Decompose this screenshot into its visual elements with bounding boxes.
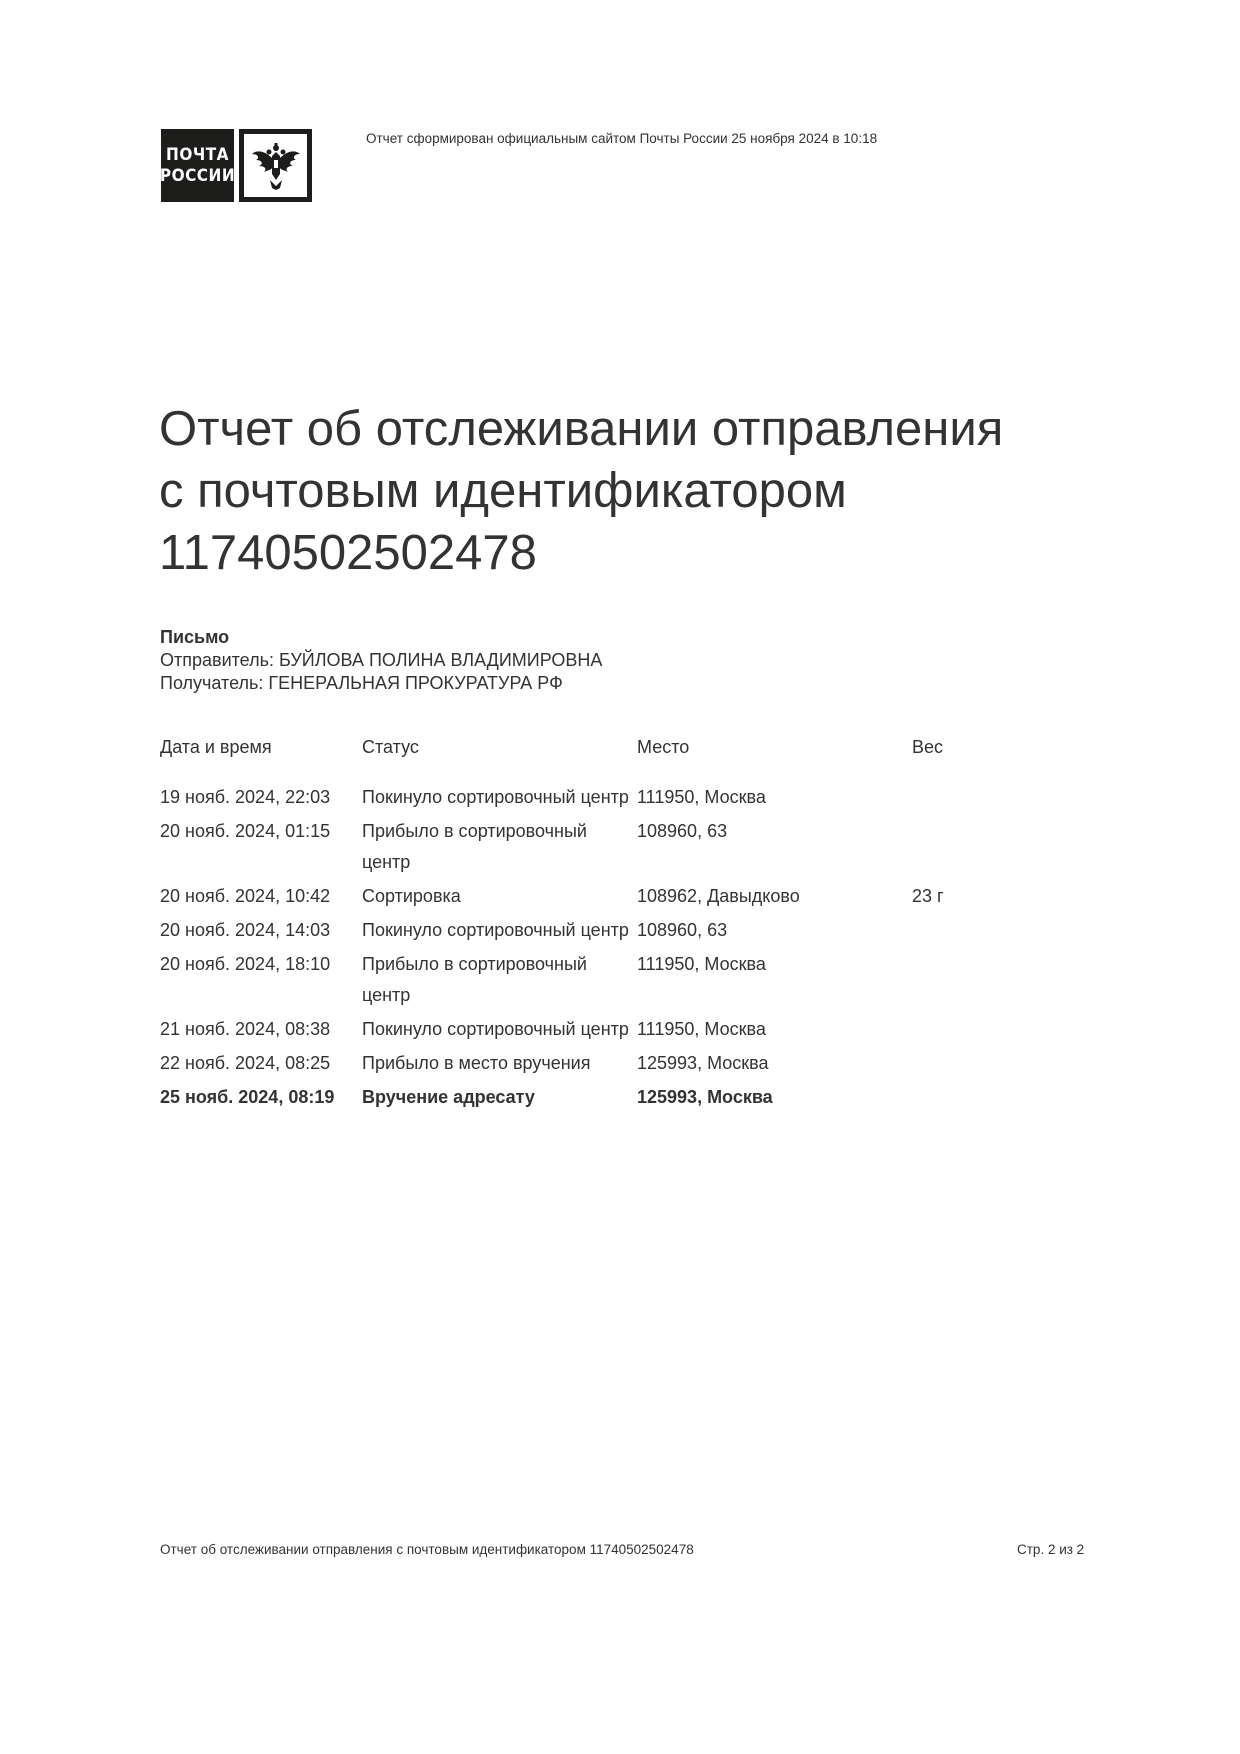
table-row: 22 нояб. 2024, 08:25Прибыло в место вруч… xyxy=(160,1048,992,1082)
table-row: 20 нояб. 2024, 01:15Прибыло в сортировоч… xyxy=(160,816,992,881)
page-number: Стр. 2 из 2 xyxy=(1017,1542,1084,1557)
table-row: 21 нояб. 2024, 08:38Покинуло сортировочн… xyxy=(160,1014,992,1048)
logo-wordmark: ПОЧТА РОССИИ xyxy=(161,129,234,202)
cell-place: 108960, 63 xyxy=(637,915,912,949)
table-row: 20 нояб. 2024, 10:42Сортировка108962, Да… xyxy=(160,881,992,915)
cell-date: 19 нояб. 2024, 22:03 xyxy=(160,782,362,816)
cell-date: 20 нояб. 2024, 18:10 xyxy=(160,949,362,1014)
table-header-row: Дата и время Статус Место Вес xyxy=(160,737,992,782)
title-line-2: с почтовым идентификатором xyxy=(159,460,1159,522)
cell-date: 20 нояб. 2024, 01:15 xyxy=(160,816,362,881)
column-header-date: Дата и время xyxy=(160,737,362,782)
cell-place: 111950, Москва xyxy=(637,782,912,816)
table-row: 20 нояб. 2024, 14:03Покинуло сортировочн… xyxy=(160,915,992,949)
logo-word-line1: ПОЧТА xyxy=(166,145,229,166)
cell-status: Покинуло сортировочный центр xyxy=(362,1014,637,1048)
recipient: Получатель: ГЕНЕРАЛЬНАЯ ПРОКУРАТУРА РФ xyxy=(160,672,602,695)
footer-document-title: Отчет об отслеживании отправления с почт… xyxy=(160,1542,694,1557)
column-header-weight: Вес xyxy=(912,737,992,782)
cell-date: 21 нояб. 2024, 08:38 xyxy=(160,1014,362,1048)
cell-status: Вручение адресату xyxy=(362,1082,637,1116)
shipment-kind: Письмо xyxy=(160,626,602,649)
cell-status: Прибыло в сортировочный центр xyxy=(362,949,637,1014)
cell-date: 20 нояб. 2024, 14:03 xyxy=(160,915,362,949)
tracking-events-table: Дата и время Статус Место Вес 19 нояб. 2… xyxy=(160,737,992,1116)
cell-weight: 23 г xyxy=(912,881,992,915)
title-line-1: Отчет об отслеживании отправления xyxy=(159,398,1159,460)
cell-status: Сортировка xyxy=(362,881,637,915)
cell-weight xyxy=(912,915,992,949)
shipment-info: Письмо Отправитель: БУЙЛОВА ПОЛИНА ВЛАДИ… xyxy=(160,626,602,695)
cell-date: 22 нояб. 2024, 08:25 xyxy=(160,1048,362,1082)
cell-status: Покинуло сортировочный центр xyxy=(362,782,637,816)
column-header-status: Статус xyxy=(362,737,637,782)
cell-place: 111950, Москва xyxy=(637,1014,912,1048)
tracking-id: 11740502502478 xyxy=(159,522,1159,584)
cell-weight xyxy=(912,1014,992,1048)
cell-weight xyxy=(912,949,992,1014)
cell-weight xyxy=(912,1082,992,1116)
cell-place: 125993, Москва xyxy=(637,1082,912,1116)
cell-date: 25 нояб. 2024, 08:19 xyxy=(160,1082,362,1116)
table-row: 20 нояб. 2024, 18:10Прибыло в сортировоч… xyxy=(160,949,992,1014)
column-header-place: Место xyxy=(637,737,912,782)
sender: Отправитель: БУЙЛОВА ПОЛИНА ВЛАДИМИРОВНА xyxy=(160,649,602,672)
cell-weight xyxy=(912,782,992,816)
cell-place: 108960, 63 xyxy=(637,816,912,881)
pochta-rossii-logo: ПОЧТА РОССИИ xyxy=(161,129,312,202)
report-generated-note: Отчет сформирован официальным сайтом Поч… xyxy=(366,131,877,146)
cell-place: 111950, Москва xyxy=(637,949,912,1014)
cell-weight xyxy=(912,1048,992,1082)
cell-place: 125993, Москва xyxy=(637,1048,912,1082)
table-row: 19 нояб. 2024, 22:03Покинуло сортировочн… xyxy=(160,782,992,816)
cell-status: Прибыло в место вручения xyxy=(362,1048,637,1082)
cell-place: 108962, Давыдково xyxy=(637,881,912,915)
cell-weight xyxy=(912,816,992,881)
cell-status: Покинуло сортировочный центр xyxy=(362,915,637,949)
cell-status: Прибыло в сортировочный центр xyxy=(362,816,637,881)
page-title: Отчет об отслеживании отправления с почт… xyxy=(159,398,1159,584)
table-row: 25 нояб. 2024, 08:19Вручение адресату125… xyxy=(160,1082,992,1116)
logo-word-line2: РОССИИ xyxy=(160,166,235,187)
double-headed-eagle-icon xyxy=(239,129,312,202)
cell-date: 20 нояб. 2024, 10:42 xyxy=(160,881,362,915)
